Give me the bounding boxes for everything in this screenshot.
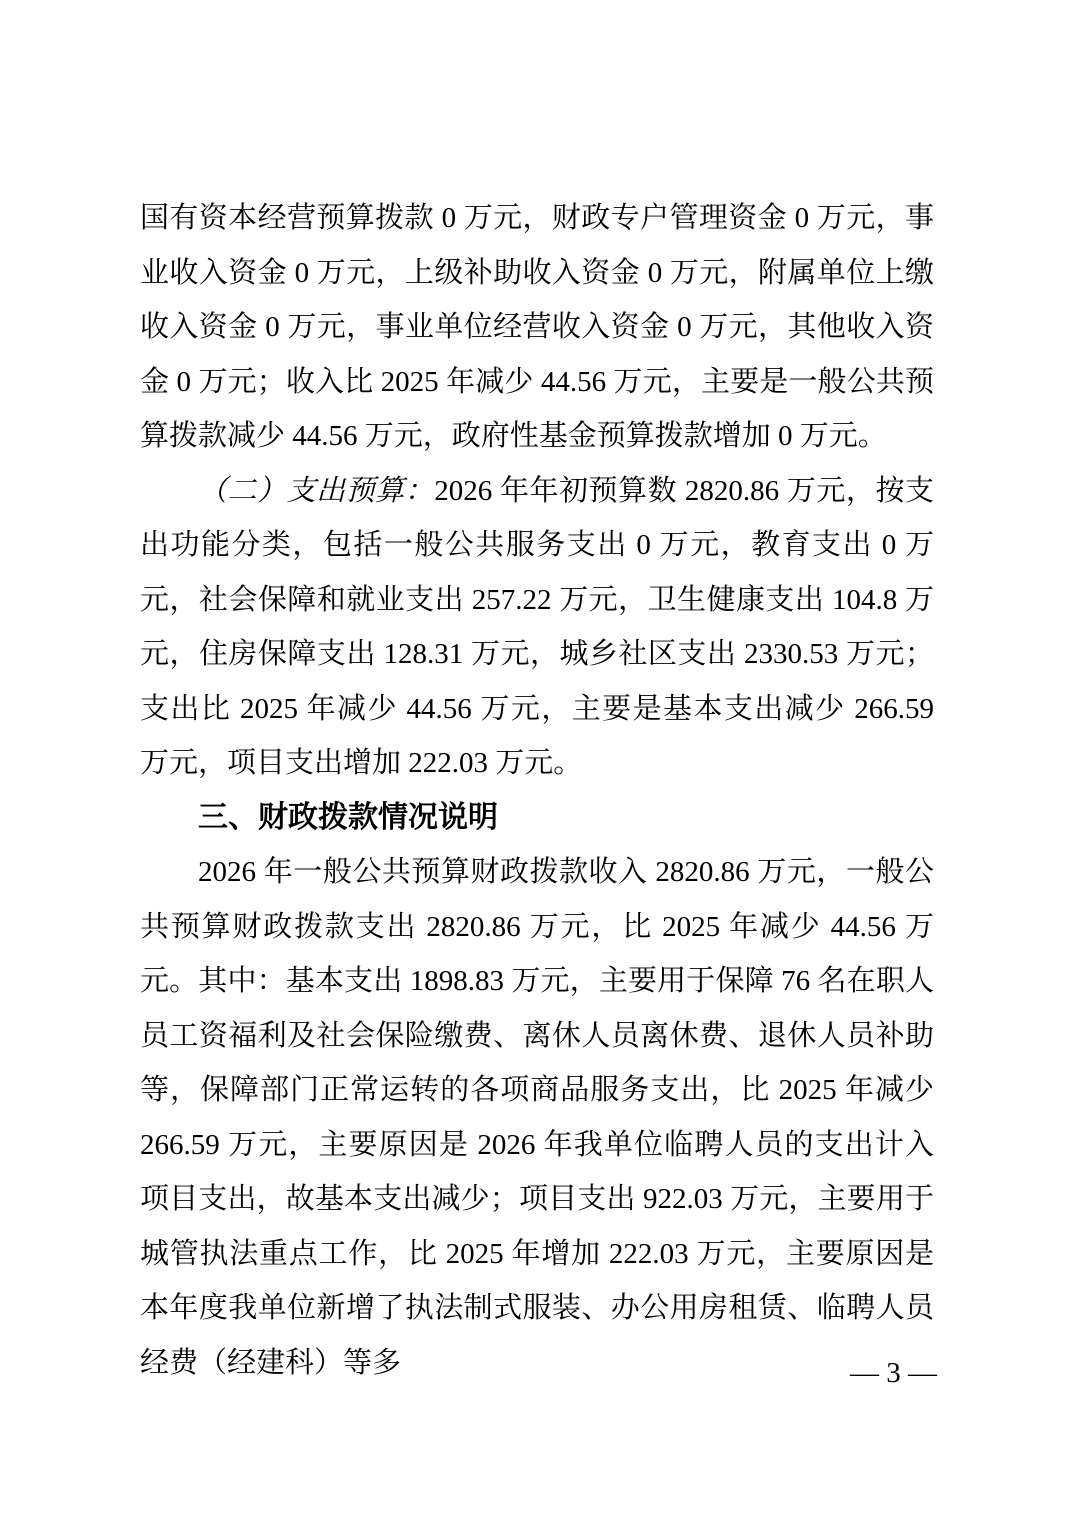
expenditure-budget-lead-label: （二）支出预算： (198, 475, 434, 507)
page-number: — 3 — (850, 1352, 937, 1394)
paragraph-expenditure-budget: （二）支出预算：2026 年年初预算数 2820.86 万元，按支出功能分类，包… (140, 464, 934, 791)
paragraph-fiscal-allocation-detail: 2026 年一般公共预算财政拨款收入 2820.86 万元，一般公共预算财政拨款… (140, 845, 934, 1390)
paragraph-income-budget-continuation: 国有资本经营预算拨款 0 万元，财政专户管理资金 0 万元，事业收入资金 0 万… (140, 191, 934, 464)
expenditure-budget-text: 2026 年年初预算数 2820.86 万元，按支出功能分类，包括一般公共服务支… (140, 475, 934, 780)
section-heading-fiscal-allocation: 三、财政拨款情况说明 (140, 791, 934, 846)
document-body: 国有资本经营预算拨款 0 万元，财政专户管理资金 0 万元，事业收入资金 0 万… (140, 191, 934, 1390)
document-page: 国有资本经营预算拨款 0 万元，财政专户管理资金 0 万元，事业收入资金 0 万… (0, 0, 1074, 1520)
